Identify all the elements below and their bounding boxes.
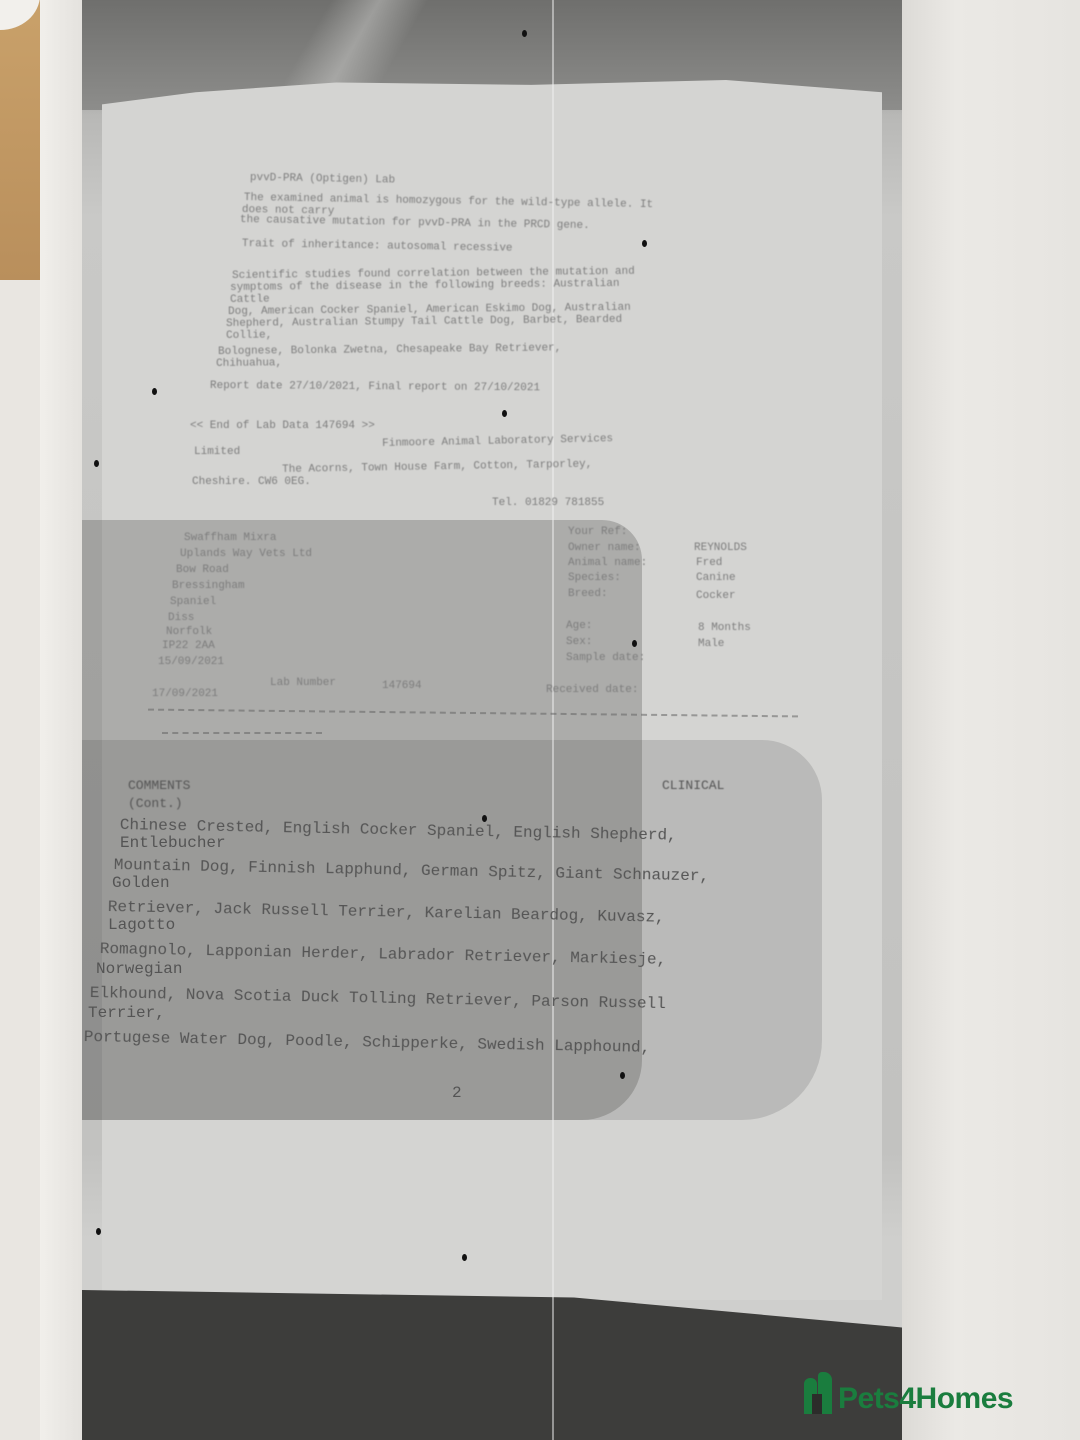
hand-shadow-lower bbox=[82, 740, 822, 1120]
lab-date: 17/09/2021 bbox=[152, 688, 218, 700]
toner-speck bbox=[96, 1228, 101, 1235]
lab-address-2: Cheshire. CW6 0EG. bbox=[192, 476, 311, 488]
background-paper-right bbox=[902, 0, 1080, 1440]
received-date-label: Received date: bbox=[546, 684, 638, 696]
comment-line: Terrier, bbox=[88, 1004, 165, 1022]
toner-speck bbox=[152, 388, 157, 395]
brand-name: Pets4Homes bbox=[838, 1384, 1013, 1414]
lab-number-label: Lab Number bbox=[270, 677, 336, 689]
sex: Male bbox=[698, 638, 724, 650]
breed: Cocker bbox=[696, 590, 736, 602]
toner-speck bbox=[642, 240, 647, 247]
toner-speck bbox=[620, 1072, 625, 1079]
toner-speck bbox=[502, 410, 507, 417]
client-line: Diss bbox=[168, 612, 194, 624]
fold-line bbox=[552, 0, 554, 1440]
lab-number: 147694 bbox=[382, 680, 422, 692]
owner-name: REYNOLDS bbox=[694, 542, 747, 554]
top-line: Cattle bbox=[230, 294, 270, 306]
field-label: Age: bbox=[566, 620, 592, 632]
wooden-table-surface bbox=[0, 0, 40, 280]
toner-speck bbox=[462, 1254, 467, 1261]
field-label: Sex: bbox=[566, 636, 592, 648]
client-line: Spaniel bbox=[170, 596, 216, 608]
client-line: Uplands Way Vets Ltd bbox=[180, 548, 312, 560]
comment-line: Entlebucher bbox=[120, 834, 226, 852]
end-of-lab-data: << End of Lab Data 147694 >> bbox=[190, 420, 375, 432]
comment-line: Golden bbox=[112, 874, 170, 892]
species: Canine bbox=[696, 572, 736, 584]
field-label: Owner name: bbox=[568, 542, 641, 554]
page-number: 2 bbox=[452, 1084, 462, 1102]
animal-name: Fred bbox=[696, 557, 722, 569]
photocopied-lab-report: pvvD-PRA (Optigen) Lab The examined anim… bbox=[82, 0, 902, 1440]
test-heading: pvvD-PRA (Optigen) Lab bbox=[250, 172, 395, 187]
dashed-divider-short bbox=[162, 732, 322, 734]
comment-line: Lagotto bbox=[108, 916, 175, 934]
toner-speck bbox=[94, 460, 99, 467]
background-paper-left bbox=[40, 0, 82, 1440]
field-label: Your Ref: bbox=[568, 526, 627, 538]
lab-name-cont: Limited bbox=[194, 446, 240, 458]
comment-line: Norwegian bbox=[96, 960, 182, 978]
client-line: IP22 2AA bbox=[162, 640, 215, 652]
top-line: Collie, bbox=[226, 330, 272, 342]
client-line: Bressingham bbox=[172, 580, 245, 592]
report-date-line: Report date 27/10/2021, Final report on … bbox=[210, 380, 540, 394]
toner-speck bbox=[482, 815, 487, 822]
field-label: Breed: bbox=[568, 588, 608, 600]
clinical-heading: CLINICAL bbox=[662, 778, 724, 793]
age: 8 Months bbox=[698, 622, 751, 634]
client-line: Swaffham Mixra bbox=[184, 532, 276, 544]
toner-speck bbox=[632, 640, 637, 647]
comments-cont: (Cont.) bbox=[128, 796, 183, 811]
lab-tel: Tel. 01829 781855 bbox=[492, 497, 604, 509]
field-label: Sample date: bbox=[566, 652, 645, 664]
client-line: Bow Road bbox=[176, 564, 229, 576]
pets4homes-logo-icon bbox=[804, 1372, 834, 1414]
client-date: 15/09/2021 bbox=[158, 656, 224, 668]
comments-heading: COMMENTS bbox=[128, 778, 190, 793]
pets4homes-watermark: Pets4Homes bbox=[804, 1372, 1013, 1414]
top-line: Chihuahua, bbox=[216, 357, 282, 370]
toner-speck bbox=[522, 30, 527, 37]
copy-bottom-dark-area bbox=[82, 1290, 902, 1440]
client-line: Norfolk bbox=[166, 626, 212, 638]
field-label: Animal name: bbox=[568, 557, 647, 569]
field-label: Species: bbox=[568, 572, 621, 584]
